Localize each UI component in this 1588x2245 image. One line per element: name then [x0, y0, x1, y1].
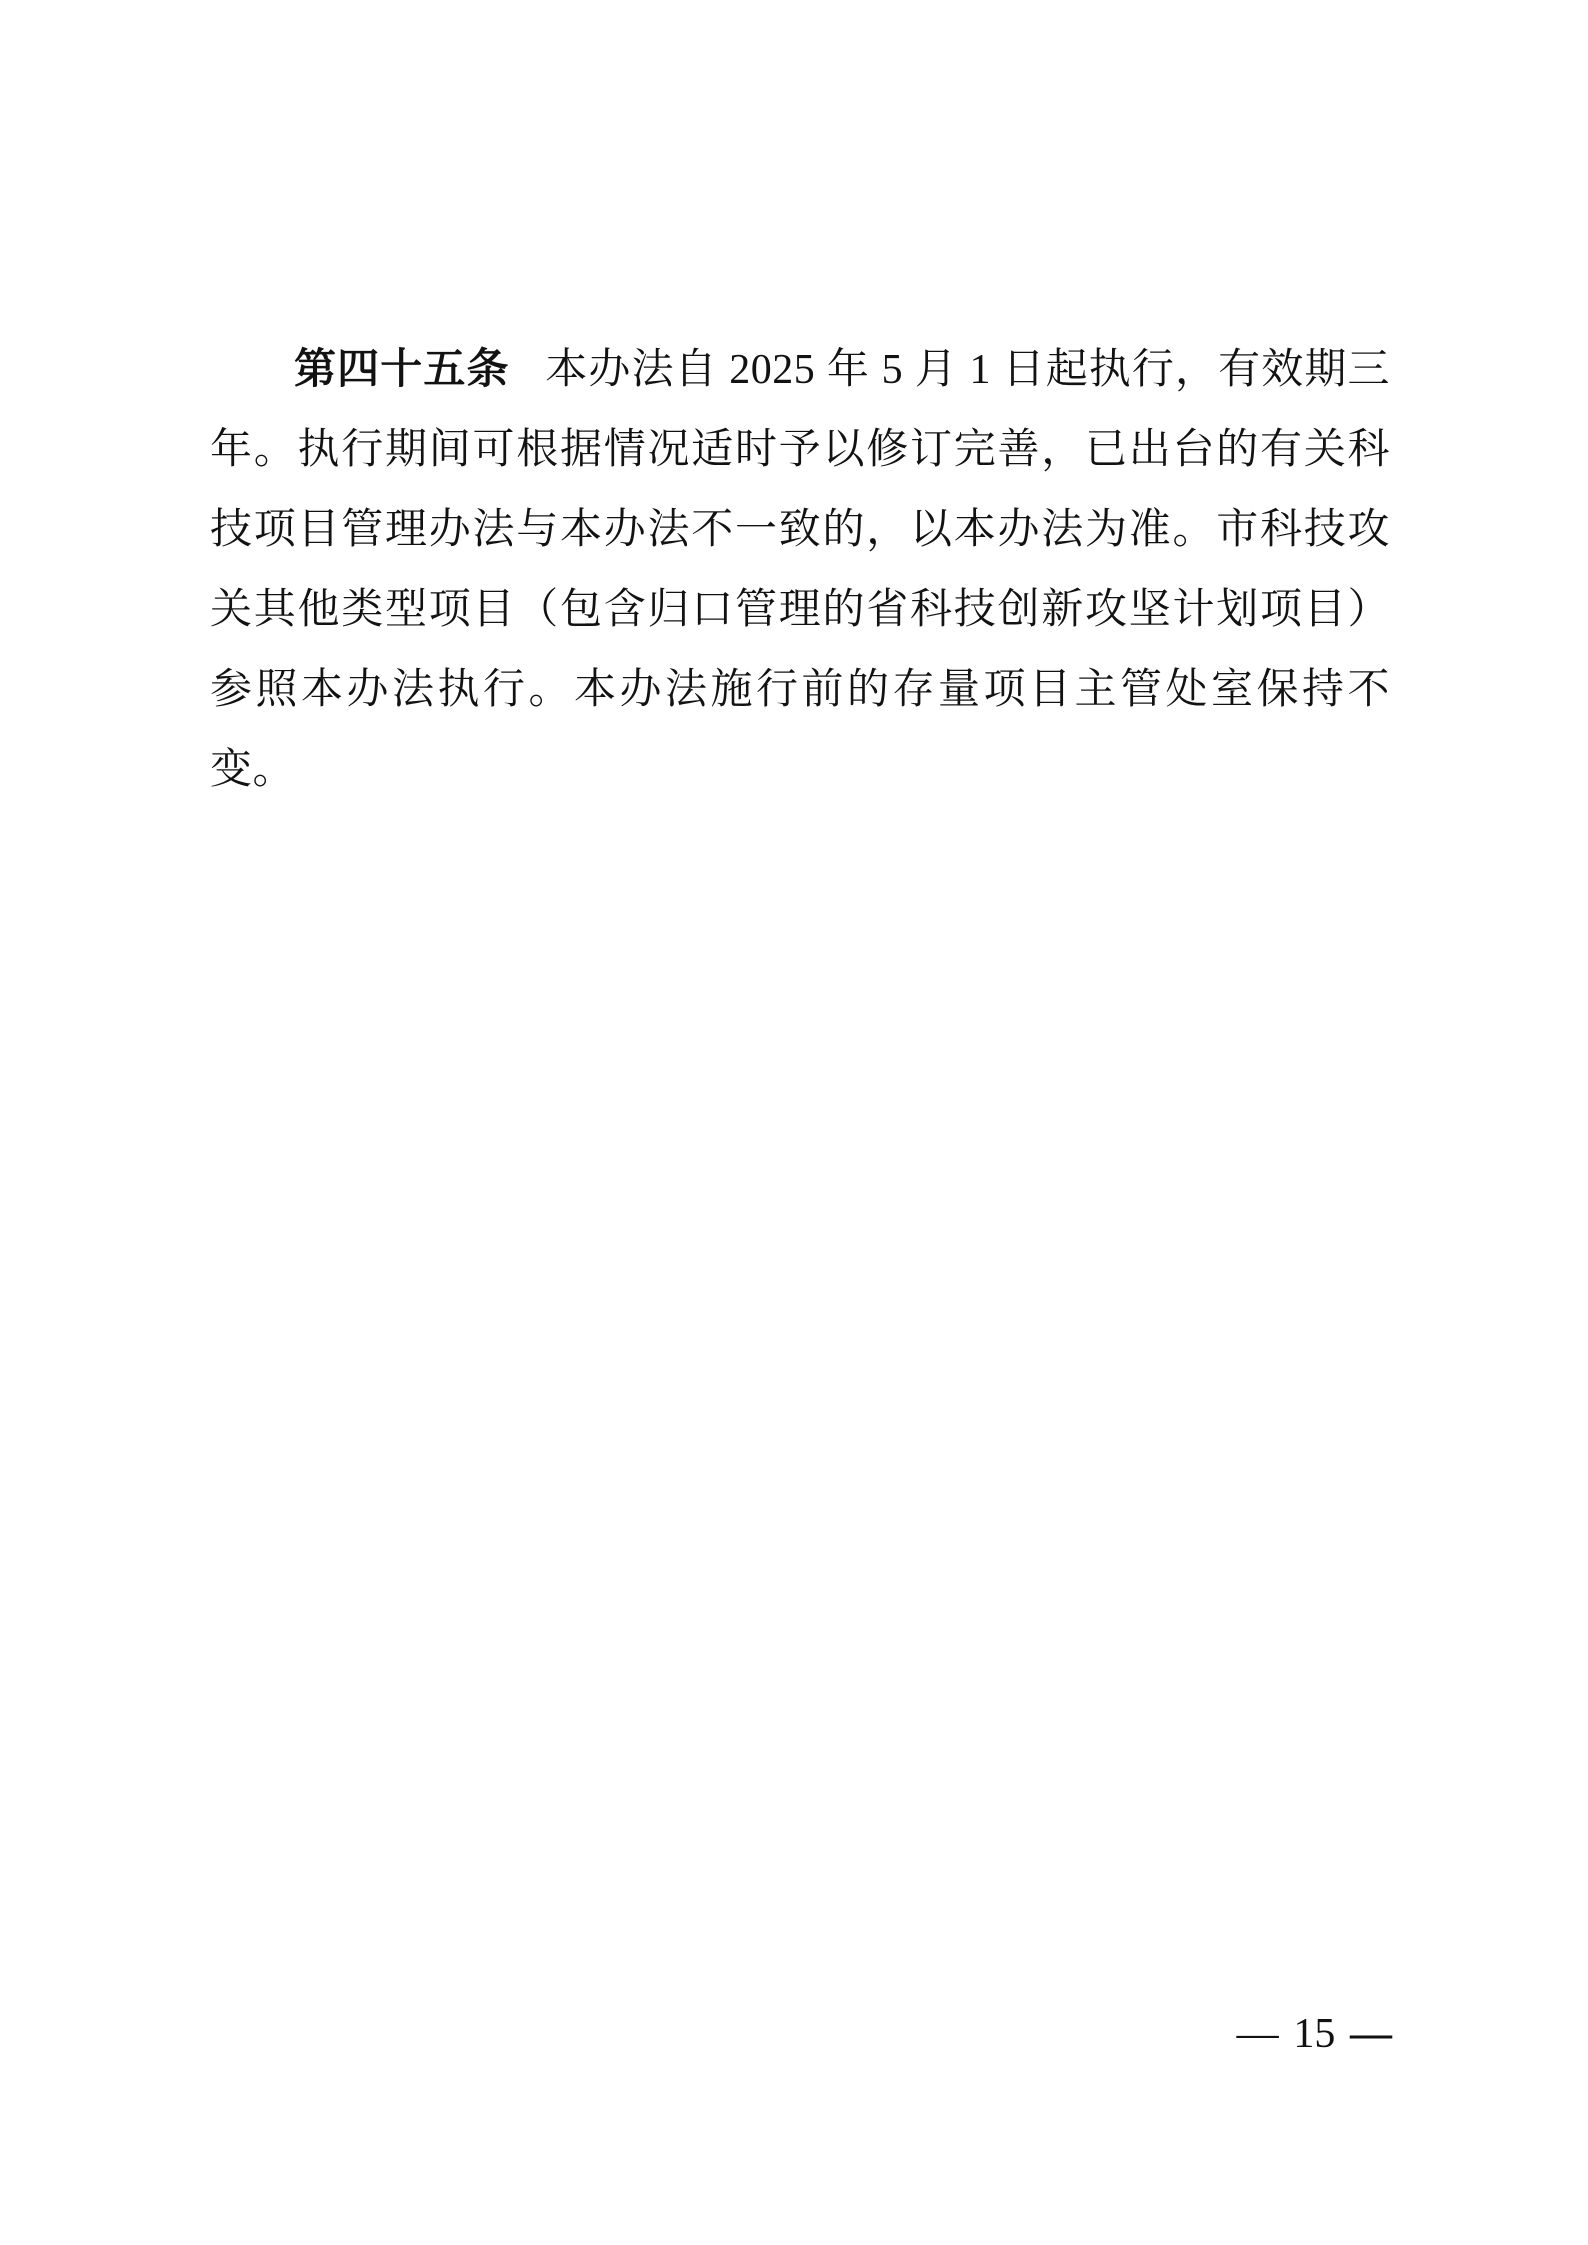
page-number-left-dash: — [1237, 2011, 1279, 2057]
article-body-text: 本办法自 2025 年 5 月 1 日起执行，有效期三年。执行期间可根据情况适时… [210, 347, 1390, 793]
page-number: 15 [1293, 2011, 1335, 2057]
document-page: 第四十五条本办法自 2025 年 5 月 1 日起执行，有效期三年。执行期间可根… [0, 0, 1588, 2245]
article-45-paragraph: 第四十五条本办法自 2025 年 5 月 1 日起执行，有效期三年。执行期间可根… [210, 330, 1390, 810]
page-footer: —15— [1237, 2008, 1392, 2060]
page-number-right-dash: — [1350, 2011, 1392, 2057]
article-number-label: 第四十五条 [294, 347, 510, 393]
